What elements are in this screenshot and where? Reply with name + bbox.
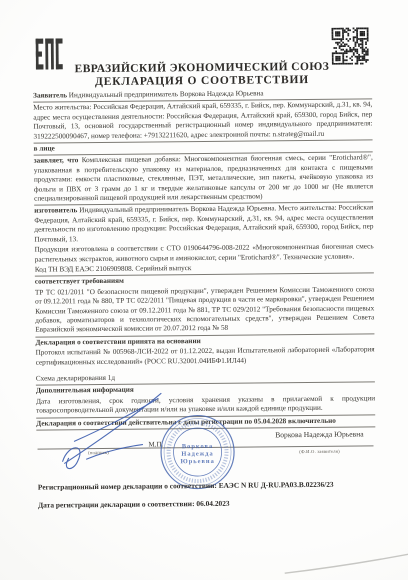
scan-artifact xyxy=(0,0,408,580)
declaration-of-conformity-document: ЕВРАЗИЙСКИЙ ЭКОНОМИЧЕСКИЙ СОЮЗ ДЕКЛАРАЦИ… xyxy=(0,0,408,580)
scanned-sheet: ЕВРАЗИЙСКИЙ ЭКОНОМИЧЕСКИЙ СОЮЗ ДЕКЛАРАЦИ… xyxy=(0,0,408,580)
